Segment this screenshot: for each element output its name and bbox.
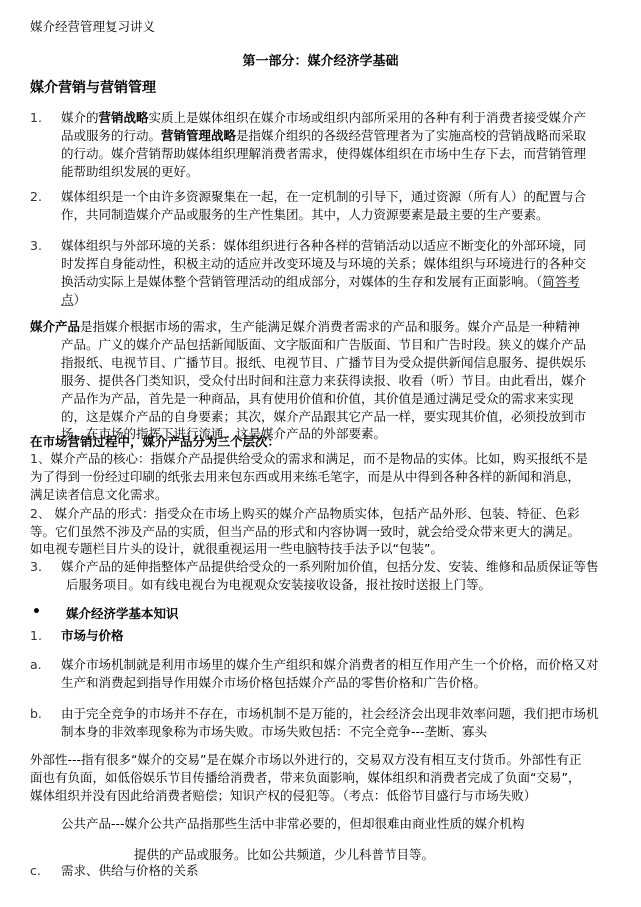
list-number: 2.	[30, 188, 42, 205]
paragraph-line: 指报纸、电视节目、广播节目。报纸、电视节目、广播节目为受众提供新闻信息服务、提供…	[61, 354, 586, 371]
paragraph-line: 后服务项目。如有线电视台为电视观众安装接收设备，报社按时送报上门等。	[66, 576, 491, 593]
levels-heading: 在市场营销过程中，媒介产品分为三个层次：	[30, 433, 280, 450]
term-marketing-management-strategy: 营销管理战略	[161, 128, 236, 143]
key-point-link[interactable]: 点	[61, 292, 74, 307]
paragraph-line: 如电视专题栏目片头的设计，就很重视运用一些电脑特技手法予以“包装”。	[30, 540, 443, 557]
paragraph-line: 为了得到一份经过印刷的纸张去用来包东西或用来练毛笔字，而是从中得到各种各样的新闻…	[30, 468, 580, 485]
term-media-product: 媒介产品	[30, 319, 80, 334]
bullet-icon: •	[32, 604, 41, 621]
paragraph-line: 由于完全竞争的市场并不存在，市场机制不是万能的，社会经济会出现非效率问题，我们把…	[61, 705, 599, 722]
paragraph-line: 产品作为产品，首先是一种商品，具有使用价值和价值，其价值是通过满足受众的需求来实…	[61, 390, 574, 407]
paragraph-line: 外部性---指有很多“媒介的交易”是在媒介市场以外进行的，交易双方没有相互支付货…	[30, 751, 582, 768]
list-label: c.	[30, 862, 41, 879]
list-number: 1.	[30, 627, 42, 644]
paragraph-line: 媒体组织并没有因此给消费者赔偿；知识产权的侵犯等。（考点：低俗节目盛行与市场失败…	[30, 787, 536, 804]
paragraph-line: 1、媒介产品的核心：指媒介产品提供给受众的需求和满足，而不是物品的实体。比如，购…	[30, 450, 588, 467]
paragraph-line: 作，共同制造媒介产品或服务的生产性集团。其中，人力资源要素是最主要的生产要素。	[61, 206, 549, 223]
key-point-link[interactable]: 简答考	[542, 274, 580, 289]
paragraph-line: 媒介市场机制就是利用市场里的媒介生产组织和媒介消费者的相互作用产生一个价格，而价…	[61, 656, 599, 673]
paragraph-line: 满足读者信息文化需求。	[30, 486, 168, 503]
paragraph-line: 媒体组织与外部环境的关系：媒体组织进行各种各样的营销活动以适应不断变化的外部环境…	[61, 237, 586, 254]
list-number: 3.	[30, 558, 42, 575]
section-title-economics: 媒介经济学基本知识	[66, 605, 179, 622]
paragraph-line: 产品。广义的媒介产品包括新闻版面、文字版面和广告版面、节目和广告时段。狭义的媒介…	[61, 336, 586, 353]
paragraph-line: 媒体组织是一个由许多资源聚集在一起，在一定机制的引导下，通过资源（所有人）的配置…	[61, 188, 586, 205]
paragraph-line: 2、 媒介产品的形式：指受众在市场上购买的媒介产品物质实体，包括产品外形、包装、…	[30, 505, 579, 522]
paragraph-line: 的，这是媒介产品的自身要素；其次，媒介产品跟其它产品一样，要实现其价值，必须投放…	[61, 408, 586, 425]
paragraph-line: 生产和消费起到指导作用媒介市场价格包括媒介产品的零售价格和广告价格。	[61, 674, 486, 691]
paragraph-line: 媒介的营销战略实质上是媒体组织在媒介市场或组织内部所采用的各种有利于消费者接受媒…	[61, 109, 586, 126]
document-title: 媒介经营管理复习讲义	[30, 17, 155, 35]
part-title: 第一部分：媒介经济学基础	[0, 50, 641, 69]
paragraph-line: 的行动。媒介营销帮助媒体组织理解消费者需求，使得媒体组织在市场中生存下去，而营销…	[61, 145, 586, 162]
paragraph-line: 点）	[61, 291, 86, 308]
paragraph-line: 时发挥自身能动性，积极主动的适应并改变环境及与环境的关系；媒体组织与环境进行的各…	[61, 255, 586, 272]
list-number: 3.	[30, 237, 42, 254]
paragraph-line: 品或服务的行动。营销管理战略是指媒介组织的各级经营管理者为了实施高校的营销战略而…	[61, 127, 586, 144]
paragraph-line: 制本身的非效率现象称为市场失败。市场失败包括：不完全竞争---垄断、寡头	[61, 723, 487, 740]
paragraph-line: 媒介产品是指媒介根据市场的需求，生产能满足媒介消费者需求的产品和服务。媒介产品是…	[30, 318, 580, 335]
list-label: b.	[30, 705, 42, 722]
paragraph-line: 服务、提供各门类知识，受众付出时间和注意力来获得读报、收看（听）节目。由此看出，…	[61, 372, 586, 389]
paragraph-line: 面也有负面，如低俗娱乐节目传播给消费者，带来负面影响，媒体组织和消费者完成了负面…	[30, 769, 580, 786]
subsection-title-market-price: 市场与价格	[61, 627, 124, 644]
paragraph-line: 等。它们虽然不涉及产品的实质，但当产品的形式和内容协调一致时，就会给受众带来更大…	[30, 523, 580, 540]
list-label: a.	[30, 656, 42, 673]
paragraph-line: 公共产品---媒介公共产品指那些生活中非常必要的，但却很难由商业性质的媒介机构	[61, 815, 525, 832]
paragraph-line: 提供的产品或服务。比如公共频道，少儿科普节目等。	[134, 846, 434, 863]
paragraph-line: 媒介产品的延伸指整体产品提供给受众的一系列附加价值，包括分发、安装、维修和品质保…	[61, 558, 599, 575]
paragraph-line: 能帮助组织发展的更好。	[61, 163, 199, 180]
list-number: 1.	[30, 109, 42, 126]
term-marketing-strategy: 营销战略	[99, 110, 149, 125]
section-title-marketing: 媒介营销与营销管理	[30, 77, 156, 97]
paragraph-line: 换活动实际上是媒体整个营销管理活动的组成部分，对媒体的生存和发展有正面影响。（简…	[61, 273, 580, 290]
paragraph-line: 需求、供给与价格的关系	[61, 862, 199, 879]
